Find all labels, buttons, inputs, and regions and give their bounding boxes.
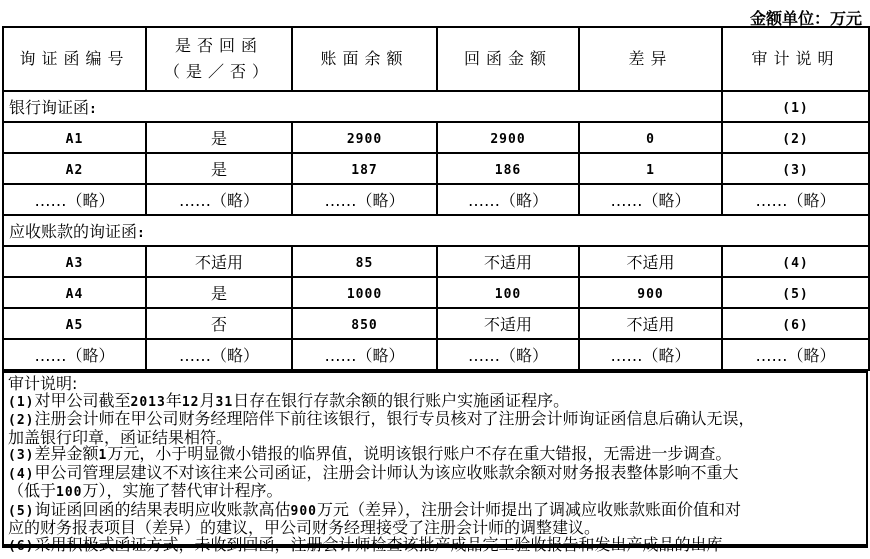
table-header-row: 询证函编号 是否回函 （是／否） 账面余额 回函金额 差异 审计说明 (3, 27, 869, 91)
ascii-text: 2013 (131, 395, 166, 410)
ascii-text: 2900 (490, 132, 525, 147)
table-cell: ……（略） (146, 184, 292, 215)
table-cell: 187 (292, 153, 437, 184)
table-cell: 0 (579, 122, 722, 153)
ascii-text: 900 (291, 504, 317, 519)
table-row: ……（略）……（略）……（略）……（略）……（略）……（略） (3, 339, 869, 370)
section-cell: 银行询证函: (3, 91, 722, 122)
column-header-audit-note: 审计说明 (722, 27, 869, 91)
table-cell: 1 (579, 153, 722, 184)
audit-note-item: (3)差异金额1万元，小于明显微小错报的临界值，说明该银行账户不存在重大错报，无… (8, 446, 756, 465)
table-cell: 186 (437, 153, 579, 184)
table-row: A5否850不适用不适用(6) (3, 308, 869, 339)
ascii-text: 1000 (347, 287, 382, 302)
audit-note-item: (5)询证函回函的结果表明应收账款高估900万元（差异），注册会计师提出了调减应… (8, 502, 756, 537)
table-row: A1是290029000(2) (3, 122, 869, 153)
table-cell: ……（略） (579, 184, 722, 215)
table-cell: 是 (146, 122, 292, 153)
table-row: A2是1871861(3) (3, 153, 869, 184)
table-row: 应收账款的询证函: (3, 215, 869, 246)
table-cell: 否 (146, 308, 292, 339)
column-header-letter-no: 询证函编号 (3, 27, 146, 91)
confirmation-table-body: 银行询证函:(1)A1是290029000(2)A2是1871861(3)……（… (3, 91, 869, 370)
confirmation-table: 询证函编号 是否回函 （是／否） 账面余额 回函金额 差异 审计说明 银行询证函… (2, 26, 870, 371)
ascii-text: (2) (782, 132, 808, 147)
column-header-replied: 是否回函 （是／否） (146, 27, 292, 91)
table-cell: 2900 (292, 122, 437, 153)
ascii-text: 1 (646, 163, 655, 178)
ascii-text: 100 (495, 287, 521, 302)
table-row: A4是1000100900(5) (3, 277, 869, 308)
ascii-text: (6) (8, 539, 34, 554)
table-cell: (3) (722, 153, 869, 184)
table-cell: ……（略） (722, 339, 869, 370)
ascii-text: (5) (8, 504, 34, 519)
ascii-text: 31 (216, 395, 234, 410)
table-cell: (6) (722, 308, 869, 339)
column-header-book-balance: 账面余额 (292, 27, 437, 91)
table-cell: 85 (292, 246, 437, 277)
ascii-text: 187 (351, 163, 377, 178)
table-cell: ……（略） (292, 184, 437, 215)
ascii-text: 186 (495, 163, 521, 178)
section-cell: (1) (722, 91, 869, 122)
table-cell: A3 (3, 246, 146, 277)
table-cell: A1 (3, 122, 146, 153)
unit-label: 金额单位：万元 (0, 0, 870, 26)
ascii-text: A3 (66, 256, 84, 271)
table-cell: 不适用 (579, 246, 722, 277)
ascii-text: 0 (646, 132, 655, 147)
table-cell: 900 (579, 277, 722, 308)
table-cell: 不适用 (437, 308, 579, 339)
table-cell: ……（略） (579, 339, 722, 370)
ascii-text: 900 (637, 287, 663, 302)
table-cell: 不适用 (579, 308, 722, 339)
ascii-text: A1 (66, 132, 84, 147)
table-cell: ……（略） (3, 339, 146, 370)
table-cell: (2) (722, 122, 869, 153)
ascii-text: (4) (782, 256, 808, 271)
table-cell: (5) (722, 277, 869, 308)
table-cell: A5 (3, 308, 146, 339)
table-cell: 是 (146, 153, 292, 184)
ascii-text: 12 (182, 395, 200, 410)
audit-note-item: (2)注册会计师在甲公司财务经理陪伴下前往该银行，银行专员核对了注册会计师询证函… (8, 411, 756, 446)
table-cell: A2 (3, 153, 146, 184)
audit-note-item: (4)甲公司管理层建议不对该往来公司函证，注册会计师认为该应收账款余额对财务报表… (8, 465, 756, 502)
ascii-text: (2) (8, 413, 34, 428)
column-header-reply-amount: 回函金额 (437, 27, 579, 91)
table-cell: 850 (292, 308, 437, 339)
ascii-text: : (137, 226, 146, 241)
ascii-text: 2900 (347, 132, 382, 147)
table-cell: 不适用 (437, 246, 579, 277)
table-cell: 1000 (292, 277, 437, 308)
audit-note-item: (6)采用积极式函证方式，未收到回函，注册会计师检查该批产成品完工验收报告和发出… (8, 537, 756, 556)
ascii-text: (3) (782, 163, 808, 178)
table-row: A3不适用85不适用不适用(4) (3, 246, 869, 277)
table-row: 银行询证函:(1) (3, 91, 869, 122)
audit-notes-list: (1)对甲公司截至2013年12月31日存在银行存款余额的银行账户实施函证程序。… (8, 393, 756, 556)
ascii-text: (3) (8, 448, 34, 463)
ascii-text: 100 (56, 485, 82, 500)
table-cell: ……（略） (722, 184, 869, 215)
table-cell: ……（略） (437, 339, 579, 370)
ascii-text: (6) (782, 318, 808, 333)
ascii-text: (1) (8, 395, 34, 410)
table-cell: 2900 (437, 122, 579, 153)
table-cell: A4 (3, 277, 146, 308)
ascii-text: 1 (99, 448, 108, 463)
ascii-text: (1) (782, 101, 808, 116)
ascii-text: : (89, 102, 98, 117)
table-cell: ……（略） (146, 339, 292, 370)
table-cell: ……（略） (292, 339, 437, 370)
audit-notes: 审计说明: (1)对甲公司截至2013年12月31日存在银行存款余额的银行账户实… (2, 371, 868, 548)
ascii-text: A4 (66, 287, 84, 302)
table-row: ……（略）……（略）……（略）……（略）……（略）……（略） (3, 184, 869, 215)
ascii-text: A2 (66, 163, 84, 178)
ascii-text: A5 (66, 318, 84, 333)
table-cell: ……（略） (437, 184, 579, 215)
ascii-text: (5) (782, 287, 808, 302)
section-cell: 应收账款的询证函: (3, 215, 869, 246)
ascii-text: 850 (351, 318, 377, 333)
column-header-difference: 差异 (579, 27, 722, 91)
table-cell: 100 (437, 277, 579, 308)
ascii-text: (4) (8, 467, 34, 482)
table-cell: 是 (146, 277, 292, 308)
table-cell: ……（略） (3, 184, 146, 215)
document: 金额单位：万元 询证函编号 是否回函 （是／否） 账面余额 回函金额 差异 审计… (0, 0, 870, 548)
table-cell: (4) (722, 246, 869, 277)
ascii-text: 85 (356, 256, 374, 271)
table-cell: 不适用 (146, 246, 292, 277)
